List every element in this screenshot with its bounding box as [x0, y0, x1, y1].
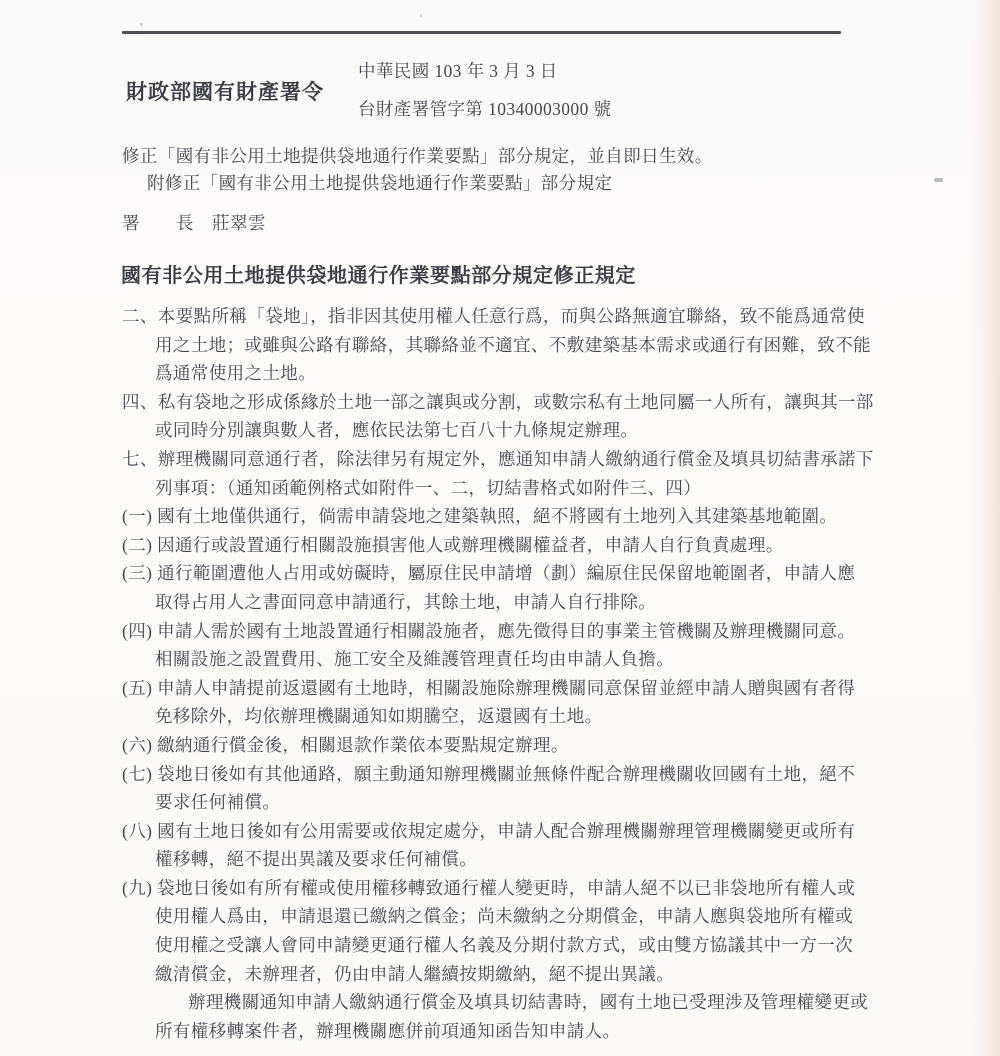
- scan-edge: [970, 0, 1000, 1056]
- scan-artifact: [934, 178, 943, 182]
- attachment-line: 附修正「國有非公用土地提供袋地通行作業要點」部分規定: [147, 170, 612, 195]
- clause-8: (八) 國有土地日後如有公用需要或依規定處分，申請人配合辦理機關辦理管理機關變更…: [122, 817, 934, 874]
- issue-date: 中華民國 103 年 3 月 3 日: [358, 58, 558, 83]
- clause-6: (六) 繳納通行償金後，相關退款作業依本要點規定辦理。: [122, 731, 934, 760]
- scan-speck: [420, 14, 422, 17]
- clause-1: (一) 國有土地僅供通行，倘需申請袋地之建築執照，絕不將國有土地列入其建築基地範…: [122, 502, 934, 531]
- paragraph-point-7: 七、辦理機關同意通行者，除法律另有規定外，應通知申請人繳納通行償金及填具切結書承…: [122, 445, 934, 502]
- agency-title: 財政部國有財產署令: [126, 76, 324, 106]
- clause-5: (五) 申請人申請提前返還國有土地時，相關設施除辦理機關同意保留並經申請人贈與國…: [122, 674, 934, 731]
- signature-line: 署 長 莊翠雲: [122, 210, 266, 235]
- document-number: 台財產署管字第 10340003000 號: [358, 96, 611, 121]
- scanned-document-page: 財政部國有財產署令 中華民國 103 年 3 月 3 日 台財產署管字第 103…: [0, 0, 1000, 1056]
- subject-line: 修正「國有非公用土地提供袋地通行作業要點」部分規定，並自即日生效。: [122, 143, 713, 168]
- clause-9: (九) 袋地日後如有所有權或使用權移轉致通行權人變更時，申請人絕不以已非袋地所有…: [122, 874, 934, 988]
- regulation-body: 二、本要點所稱「袋地」，指非因其使用權人任意行爲，而與公路無適宜聯絡，致不能爲通…: [122, 302, 934, 1045]
- clause-7: (七) 袋地日後如有其他通路，願主動通知辦理機關並無條件配合辦理機關收回國有土地…: [122, 760, 934, 817]
- paragraph-point-2: 二、本要點所稱「袋地」，指非因其使用權人任意行爲，而與公路無適宜聯絡，致不能爲通…: [122, 302, 934, 388]
- closing-note: 辦理機關通知申請人繳納通行償金及填具切結書時，國有土地已受理涉及管理權變更或 所…: [122, 988, 934, 1045]
- clause-2: (二) 因通行或設置通行相關設施損害他人或辦理機關權益者，申請人自行負責處理。: [122, 531, 934, 560]
- regulation-title: 國有非公用土地提供袋地通行作業要點部分規定修正規定: [121, 259, 636, 288]
- clause-3: (三) 通行範圍遭他人占用或妨礙時，屬原住民申請增（劃）編原住民保留地範圍者，申…: [122, 559, 934, 616]
- paragraph-point-4: 四、私有袋地之形成係緣於土地一部之讓與或分割，或數宗私有土地同屬一人所有，讓與其…: [122, 388, 934, 445]
- scan-speck: [140, 23, 143, 26]
- clause-4: (四) 申請人需於國有土地設置通行相關設施者，應先徵得目的事業主管機關及辦理機關…: [122, 617, 934, 674]
- header-rule: [122, 31, 841, 34]
